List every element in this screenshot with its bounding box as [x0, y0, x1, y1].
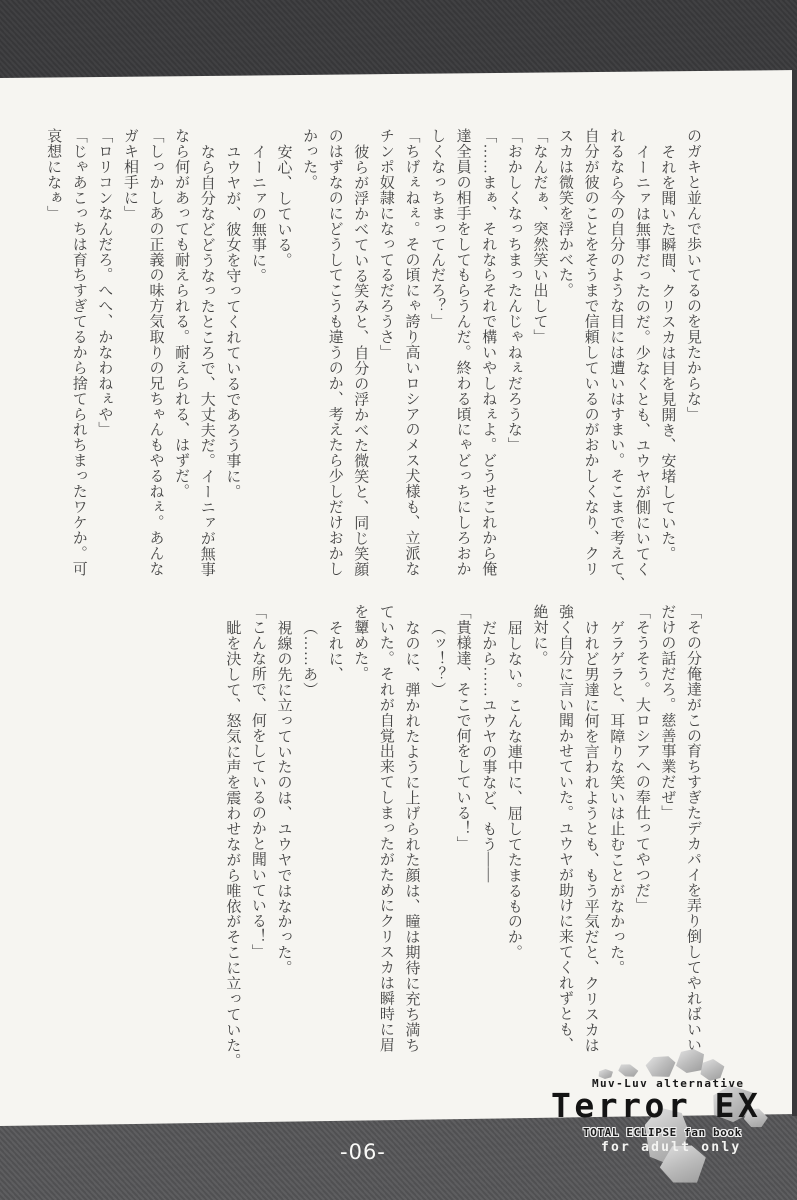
text-column: しくなっちまってんだろ？」: [423, 128, 449, 596]
text-column: 視線の先に立っていたのは、ユウヤではなかった。: [270, 604, 296, 1072]
text-column: 「おかしくなっちまったんじゃねぇだろうな」: [500, 128, 526, 596]
text-column: 哀想になぁ」: [40, 128, 66, 596]
text-column: のガキと並んで歩いてるのを見たからな」: [679, 128, 705, 596]
text-column: れるなら今の自分のような目には遭いはすまい。そこまで考えて、: [603, 128, 629, 596]
top-scan-band: [0, 0, 797, 80]
text-column: 「貴様達、そこで何をしている！」: [449, 604, 475, 1072]
text-column: イーニァの無事に。: [244, 128, 270, 596]
text-column: それを聞いた瞬間、クリスカは目を見開き、安堵していた。: [654, 128, 680, 596]
story-text-upper-block: のガキと並んで歩いてるのを見たからな」それを聞いた瞬間、クリスカは目を見開き、安…: [40, 128, 705, 596]
text-column: なら自分などどうなったところで、大丈夫だ。イーニァが無事: [193, 128, 219, 596]
text-column: ガキ相手に」: [116, 128, 142, 596]
text-column: 「こんな所で、何をしているのかと聞いている！」: [244, 604, 270, 1072]
text-column: だけの話だろ。慈善事業だぜ」: [654, 604, 680, 1072]
text-column: 「そうそう。大ロシアへの奉仕ってやつだ」: [628, 604, 654, 1072]
text-column: 「なんだぁ、突然笑い出して」: [526, 128, 552, 596]
text-column: 眦を決して、怒気に声を震わせながら唯依がそこに立っていた。: [219, 604, 245, 1072]
text-column: なのに、弾かれたように上げられた顔は、瞳は期待に充ち満ち: [398, 604, 424, 1072]
text-column: 「ちげぇねぇ。その頃にゃ誇り高いロシアのメス犬様も、立派な: [398, 128, 424, 596]
text-column: それに、: [321, 604, 347, 1072]
text-column: イーニァは無事だったのだ。少なくとも、ユウヤが側にいてく: [628, 128, 654, 596]
text-column: 絶対に。: [526, 604, 552, 1072]
bottom-scan-band: [0, 1108, 797, 1200]
text-column: けれど男達に何を言われようとも、もう平気だと、クリスカは: [577, 604, 603, 1072]
text-column: 「しっかしあの正義の味方気取りの兄ちゃんもやるねぇ。あんな: [142, 128, 168, 596]
scanned-doujinshi-page: のガキと並んで歩いてるのを見たからな」それを聞いた瞬間、クリスカは目を見開き、安…: [0, 0, 797, 1200]
text-column: 「ロリコンなんだろ。へへ、かなわねぇや」: [91, 128, 117, 596]
text-column: 安心、している。: [270, 128, 296, 596]
text-column: かった。: [296, 128, 322, 596]
text-column: 「その分俺達がこの育ちすぎたデカパイを弄り倒してやればいい: [679, 604, 705, 1072]
text-column: ユウヤが、彼女を守ってくれているであろう事に。: [219, 128, 245, 596]
text-column: を顰めた。: [347, 604, 373, 1072]
logo-series-text: Muv-Luv alternative: [592, 1077, 744, 1090]
text-column: （……あ）: [296, 604, 322, 1072]
text-column: 「じゃあこっちは育ちすぎてるから捨てられちまったワケか。可: [65, 128, 91, 596]
text-column: （ッ！？）: [423, 604, 449, 1072]
text-column: だから……ユウヤの事など、もう――: [475, 604, 501, 1072]
text-column: ていた。それが自覚出来てしまったがためにクリスカは瞬時に眉: [372, 604, 398, 1072]
page-number: -06-: [340, 1140, 386, 1164]
story-text-lower-block: 「その分俺達がこの育ちすぎたデカパイを弄り倒してやればいいだけの話だろ。慈善事業…: [219, 604, 705, 1072]
text-column: チンポ奴隷になってるだろうさ」: [372, 128, 398, 596]
text-column: のはずなのにどうしてこうも違うのか、考えたら少しだけおかし: [321, 128, 347, 596]
text-column: 自分が彼のことをそうまで信頼しているのがおかしくなり、クリ: [577, 128, 603, 596]
text-column: ゲラゲラと、耳障りな笑いは止むことがなかった。: [603, 604, 629, 1072]
text-column: 達全員の相手をしてもらうんだ。終わる頃にゃどっちにしろおか: [449, 128, 475, 596]
text-column: 「……まぁ、それならそれで構いやしねぇよ。どうせこれから俺: [475, 128, 501, 596]
text-column: 強く自分に言い聞かせていた。ユウヤが助けに来てくれずとも、: [551, 604, 577, 1072]
scan-edge-shadow: [792, 70, 797, 1116]
text-column: 屈しない。こんな連中に、屈してたまるものか。: [500, 604, 526, 1072]
text-column: なら何があっても耐えられる。耐えられる、はずだ。: [168, 128, 194, 596]
text-column: スカは微笑を浮かべた。: [551, 128, 577, 596]
text-column: 彼らが浮かべている笑みと、自分の浮かべた微笑と、同じ笑顔: [347, 128, 373, 596]
